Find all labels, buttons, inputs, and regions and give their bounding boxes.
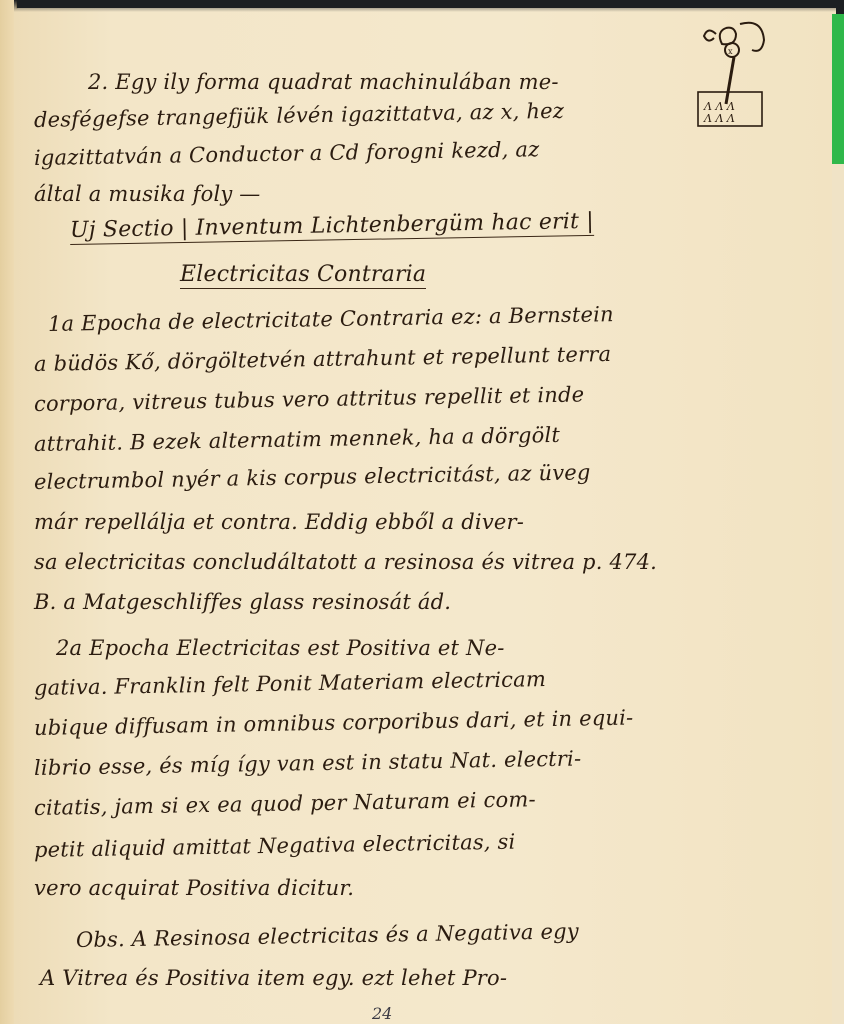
conductor-sketch-icon: x Λ Λ Λ Λ Λ Λ	[690, 14, 770, 134]
text-line: által a musika foly —	[34, 182, 261, 206]
observation-line: A Vitrea és Positiva item egy. ezt lehet…	[40, 966, 507, 990]
text-line: B. a Matgeschliffes glass resinosát ád.	[34, 590, 451, 614]
page-right-edge	[832, 164, 844, 1024]
text-line: sa electricitas concludáltatott a resino…	[34, 550, 657, 574]
text-line: vero acquirat Positiva dicitur.	[34, 876, 354, 900]
svg-text:x: x	[728, 47, 733, 56]
text-line: 2. Egy ily forma quadrat machinulában me…	[88, 70, 559, 94]
text-line: 2a Epocha Electricitas est Positiva et N…	[56, 636, 505, 660]
svg-text:Λ Λ Λ: Λ Λ Λ	[703, 112, 735, 125]
section-subheading: Electricitas Contraria	[180, 262, 426, 289]
text-line: már repellálja et contra. Eddig ebből a …	[34, 510, 524, 534]
top-shadow	[14, 0, 836, 12]
green-tab	[832, 14, 844, 164]
page-number: 24	[372, 1004, 392, 1023]
